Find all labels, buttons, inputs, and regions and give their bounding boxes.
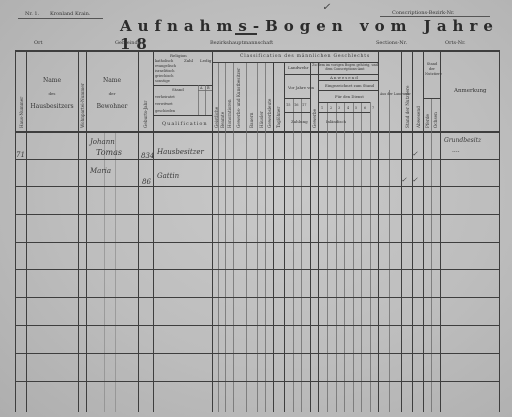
gemeinde-label: Gemeinde [115,40,141,46]
col-line [15,50,16,412]
row2-bewohner-first: Maria [90,167,111,175]
stand-col-b: B [207,86,210,90]
row1-geburtsjahr: 834 [141,152,154,160]
qualification-header: Qualification [162,121,208,127]
col-line [284,62,285,412]
sub-col [246,62,247,412]
class-col: Taglöhner [276,107,281,128]
row-line [16,353,499,354]
row2-geburtsjahr: 86 [142,178,151,186]
row1-anmerkung-2: .... [452,147,460,154]
stand-col-a: A [200,86,203,90]
row-line [16,297,499,298]
col-line [153,50,154,412]
row1-check: ✓ [412,150,418,158]
class-col: Gewerbsleute [267,99,272,128]
age-col: 17 [302,103,306,107]
zahlung-header: Zahlung [291,119,308,124]
stand-header: Stand [172,87,184,92]
religion-row: griechisch [155,74,173,78]
col-line [310,62,311,412]
row1-haus-nr: 71 [16,151,25,159]
pferde-col: Pferde [425,114,430,128]
ort-label: Ort [34,40,43,46]
religion-col2: Ledig [200,58,211,63]
row-line [16,325,499,326]
sub-col [257,62,258,412]
age2-col: 5 [355,106,357,110]
age2-col: 2 [330,106,332,110]
row-line [16,381,499,382]
row2-check-2: ✓ [412,176,418,184]
age2-bottom [318,112,370,113]
bewohner-line2: der [86,87,138,100]
age2-col: 1 [321,106,323,110]
pen-mark: ✓ [322,2,330,13]
bewohner-line1: Name [86,74,138,87]
class-col: Honoratioren [227,99,232,128]
religion-row: katholisch [155,59,173,63]
anwesend-header: Anwesend [330,75,359,80]
age2-rule [318,102,370,103]
sub-col [225,62,226,412]
anmerkung-header: Anmerkung [454,88,487,94]
sub-col [353,102,354,412]
hausbesitzer-line3: Hausbesitzers [26,100,78,113]
sub-col [115,133,116,412]
sub-col [431,98,432,412]
geburtsjahr-header: Geburts-Jahr [143,101,148,128]
religion-col1: Zahl [184,58,193,63]
stand-ab-col [205,85,206,115]
col-line [378,50,379,412]
col-line [78,50,79,412]
eingezeichnet-header: Eingezeichnet zum Stand [325,83,374,88]
age-col: 16 [294,103,298,107]
stand-rule [153,115,212,116]
col-line [138,50,139,412]
house-label: Orts-Nr. [445,40,466,46]
stand-row: verheiratet [155,95,175,99]
col-line [423,50,424,412]
row1-bewohner-last: Tomas [96,148,122,157]
age-col: 15 [286,103,290,107]
landwehr-header: Landwehr [288,65,308,70]
sub-col [361,102,362,412]
row-line [16,159,499,160]
row-line [16,269,499,270]
title-underline [235,33,257,35]
bezirk-label: Bezirkshauptmannschaft [210,40,273,46]
row1-qualification: Hausbesitzer [157,148,204,156]
hausbesitzer-line2: des [26,87,78,100]
sub-col [336,102,337,412]
row-line [16,242,499,243]
stand-ab-col [198,85,199,115]
meta-rule [18,18,103,19]
frame-top [16,50,499,52]
class-col: Geistliche [214,107,219,128]
landwehr-rule [284,74,310,75]
religion-row: evangelisch [155,64,176,68]
age-bottom [284,112,310,113]
inlaendisch-header: Inländisch [326,119,346,124]
class-col: Häusler [259,111,264,128]
sub-col [344,102,345,412]
sub-col [370,102,371,412]
census-form-scan: Nr. 1. Kronland Krain. Conscriptions-Bez… [0,0,512,417]
ochsen-col: Ochsen [433,112,438,128]
vieh-col: Stand der Nutztiere [405,86,410,128]
haus-nummer-header: Haus-Nummer [19,97,24,128]
abwesend-col: Abwesend [416,106,421,128]
sub-col [327,102,328,412]
sub-col [389,90,390,412]
form-title: Aufnahms-Bogen vom Jahre 18 [120,17,512,53]
row1-anmerkung-1: Grundbesitz [444,137,481,144]
stand-row: geschieden [155,109,175,113]
vor-jahre-header: Vor Jahre von [288,85,314,90]
section-label: Sections-Nr. [376,40,407,46]
age-rule [284,98,310,99]
gewerbe-header: Gewerbe [312,109,317,128]
row2-qualification: Gattin [157,172,179,180]
col-line [499,50,500,412]
eingezeichnet-rule [318,80,378,81]
region-label: Kronland Krain. [50,11,90,17]
vieh-rule [423,98,440,99]
religion-row: sonstige [155,79,170,83]
form-number: Nr. 1. [25,11,39,17]
row1-bewohner-first: Johann [90,138,115,146]
class-col: Gewerbs- und Kunstbesitzer [236,68,241,128]
col-line [440,50,441,412]
age2-col: 7 [372,106,374,110]
age2-col: 3 [338,106,340,110]
col-line [401,50,402,412]
hausbesitzer-line1: Name [26,74,78,87]
vorigen-header: Zu dem im vorigen Bogen gehörig, und dem… [312,63,378,71]
sub-col [265,62,266,412]
col-line [318,62,319,412]
col-line [212,50,213,412]
col-line [273,62,274,412]
sub-col [293,98,294,412]
dienst-header: Für den Dienst [335,94,364,99]
class-col: Beamte [220,112,225,128]
sub-col [233,62,234,412]
religion-row: israelitisch [155,69,175,73]
bewohner-header: Name der Bewohner [86,74,138,113]
age2-col: 6 [364,106,366,110]
row-line [16,186,499,187]
classification-header: Classification des männlichen Geschlecht… [240,54,370,59]
row2-check-1: ✓ [401,176,407,184]
wohnpartei-header: Wohnpartei-Nummer [80,83,85,128]
class-col: Bauern [249,113,254,128]
row-line [16,214,499,215]
age2-col: 4 [347,106,349,110]
stand-row: verwitwet [155,102,173,106]
religion-rule [153,85,212,86]
col-line [412,50,413,412]
hausbesitzer-header: Name des Hausbesitzers [26,74,78,113]
nutztiere-header: Stand der Nutztiere [425,62,439,77]
bewohner-line3: Bewohner [86,100,138,113]
sub-col [301,98,302,412]
dienst-rule [318,90,378,91]
